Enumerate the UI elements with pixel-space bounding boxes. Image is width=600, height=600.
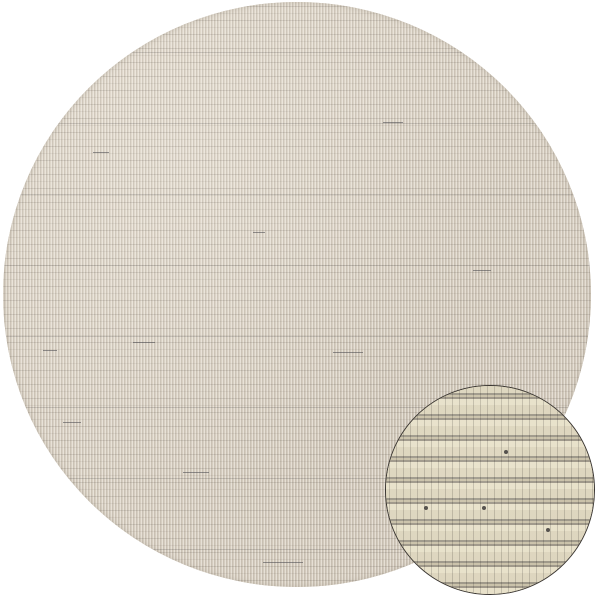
- product-image: Round rug Texture close-up: [0, 0, 600, 600]
- texture-detail-inset: [385, 385, 595, 595]
- inset-weave-loops: [386, 386, 594, 594]
